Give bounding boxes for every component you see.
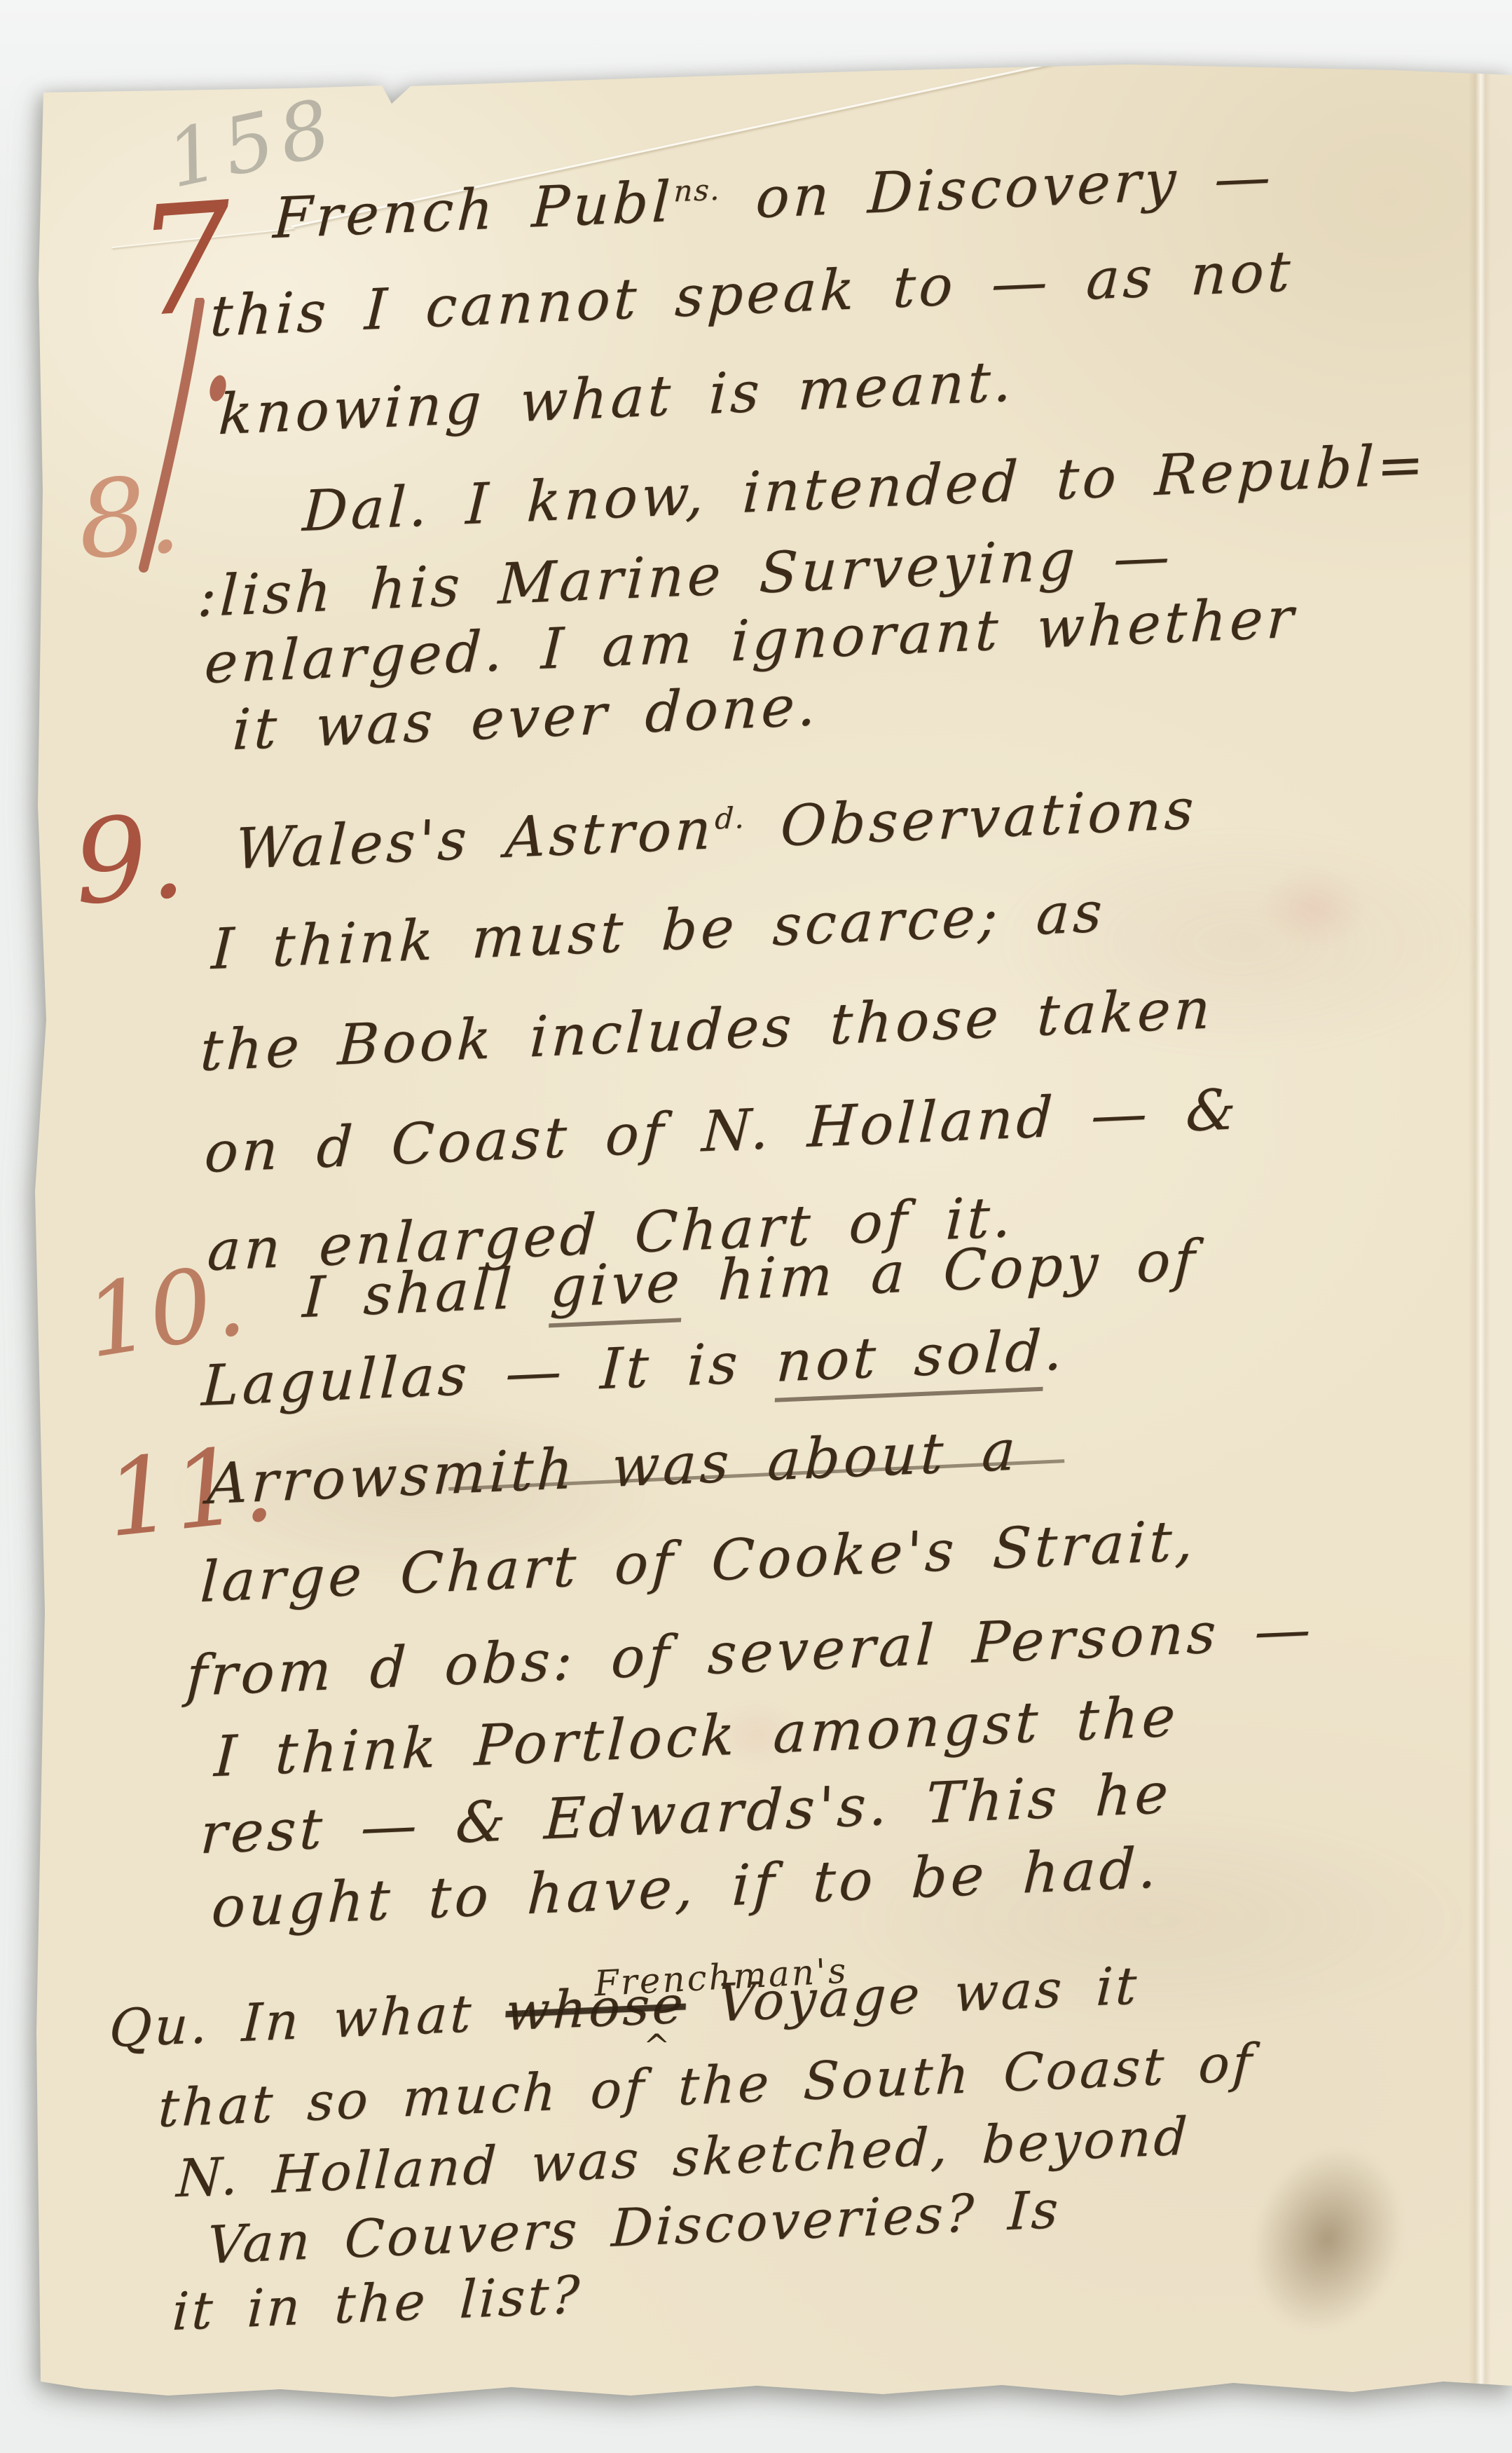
line-text: Wales's Astron [234,796,716,882]
underlined-text: give [549,1249,685,1327]
manuscript-line: knowing what is meant. [217,353,1016,443]
manuscript-line: French Publns. on Discovery — [272,149,1275,247]
line-text: French Publ [272,169,675,251]
line-text: Qu. In what [108,1982,507,2059]
line-text: knowing what is meant. [217,348,1017,447]
paper-shadow: 158 7 8. 9. 10. 11. French Publns. on Di… [0,0,1512,2453]
manuscript-line: I think must be scarce; as [210,884,1106,978]
manuscript-line: it in the list? [171,2269,583,2338]
line-text: . [1043,1317,1068,1383]
line-text: I shall [301,1255,552,1330]
manuscript-line: on d Coast of N. Holland — & [203,1081,1240,1181]
line-text: the Book includes those taken [199,976,1215,1084]
manuscript-line: this I cannot speak to — as not [209,243,1295,345]
manuscript-line: Dal. I know, intended to Republ= [301,437,1429,540]
ink-bleed-spot [1261,869,1366,946]
ink-smudge [1228,2126,1427,2352]
superscript-text: ns. [673,172,722,208]
manuscript-page: 158 7 8. 9. 10. 11. French Publns. on Di… [0,0,1512,2453]
manuscript-line: Lagullas — It is not sold. [200,1322,1067,1414]
item-number-8: 8. [75,461,184,575]
struck-text: whose [504,1974,687,2042]
underlined-text: not sold [774,1318,1046,1402]
fold-margin-tone [1481,73,1512,2386]
line-text: it in the list? [171,2264,584,2342]
line-text: this I cannot speak to — as not [209,238,1295,349]
line-text: on Discovery — [719,144,1275,232]
line-text: on d Coast of N. Holland — & [203,1077,1241,1185]
manuscript-line: the Book includes those taken [199,980,1215,1079]
superscript-text: d. [714,800,746,836]
line-text: Dal. I know, intended to Republ= [301,432,1429,545]
photo-background: 158 7 8. 9. 10. 11. French Publns. on Di… [0,0,1512,2453]
line-text: Lagullas — It is [200,1330,778,1419]
item-number-9: 9. [70,798,188,922]
line-text: I think must be scarce; as [210,879,1107,982]
